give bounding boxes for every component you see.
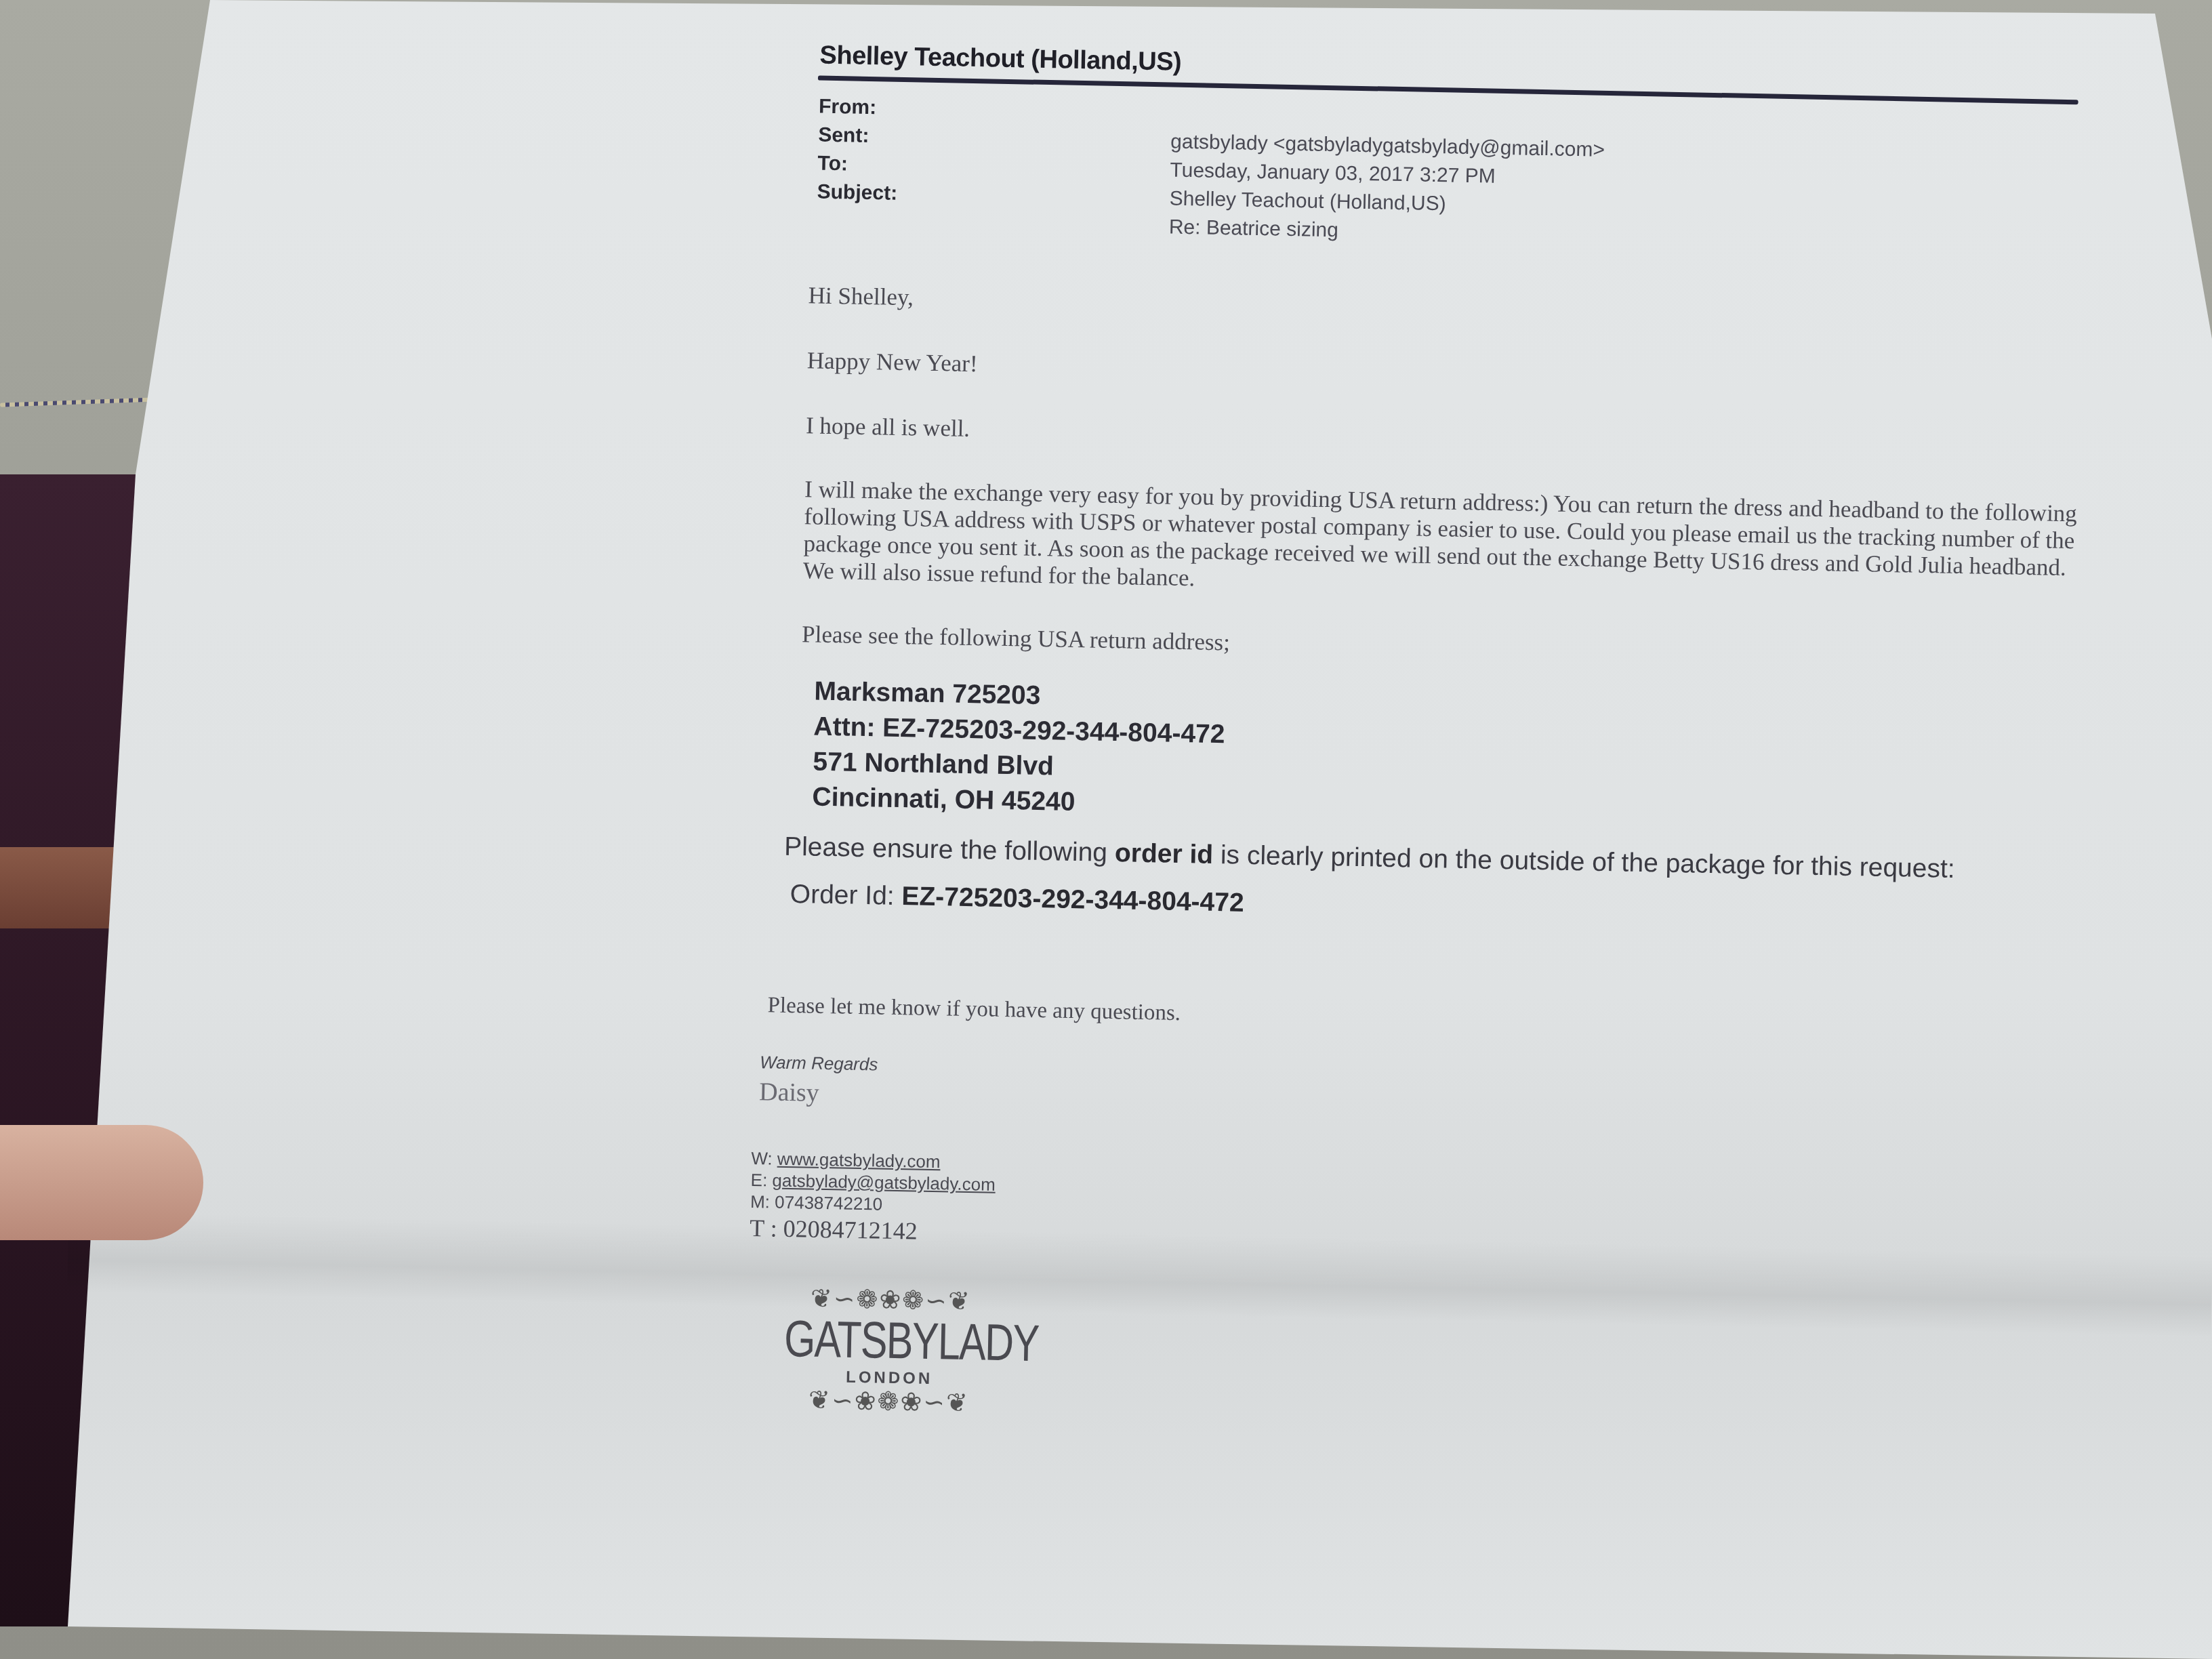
order-id-label: Order Id:	[790, 880, 902, 911]
exchange-paragraph: I will make the exchange very easy for y…	[803, 476, 2079, 609]
subject-label: Subject:	[817, 178, 1170, 213]
order-id-value: EZ-725203-292-344-804-472	[901, 882, 1244, 918]
gatsbylady-logo: ❦∽❁❀❁∽❦ GATSBYLADY LONDON ❦∽❀❁❀∽❦	[753, 1284, 1027, 1418]
logo-brand: GATSBYLADY	[783, 1312, 996, 1370]
instruction-post: is clearly printed on the outside of the…	[1213, 840, 1955, 884]
email-meta: From: gatsbylady <gatsbyladygatsbylady@g…	[817, 93, 2086, 231]
contact-block: W: www.gatsbylady.com E: gatsbylady@gats…	[750, 1147, 2066, 1269]
greeting: Hi Shelley,	[808, 281, 2082, 335]
address-intro: Please see the following USA return addr…	[802, 619, 2076, 674]
instruction-pre: Please ensure the following	[784, 832, 1115, 867]
email-label: E:	[750, 1170, 772, 1191]
new-year-line: Happy New Year!	[807, 346, 2081, 400]
flourish-bottom-icon: ❦∽❀❁❀∽❦	[753, 1386, 1025, 1418]
email-printout: Shelley Teachout (Holland,US) From: gats…	[773, 41, 2087, 1438]
email-link[interactable]: gatsbylady@gatsbylady.com	[772, 1170, 996, 1195]
thumb	[0, 1125, 203, 1240]
website-label: W:	[751, 1148, 777, 1169]
closing-line: Please let me know if you have any quest…	[767, 990, 2068, 1045]
website-link[interactable]: www.gatsbylady.com	[777, 1149, 941, 1172]
order-id: Order Id: EZ-725203-292-344-804-472	[790, 880, 2070, 934]
return-address: Marksman 725203 Attn: EZ-725203-292-344-…	[812, 674, 2075, 840]
instruction-bold: order id	[1114, 838, 1213, 869]
hope-line: I hope all is well.	[806, 411, 2080, 465]
email-body: Hi Shelley, Happy New Year! I hope all i…	[787, 281, 2083, 1438]
order-id-instruction: Please ensure the following order id is …	[784, 831, 2093, 888]
